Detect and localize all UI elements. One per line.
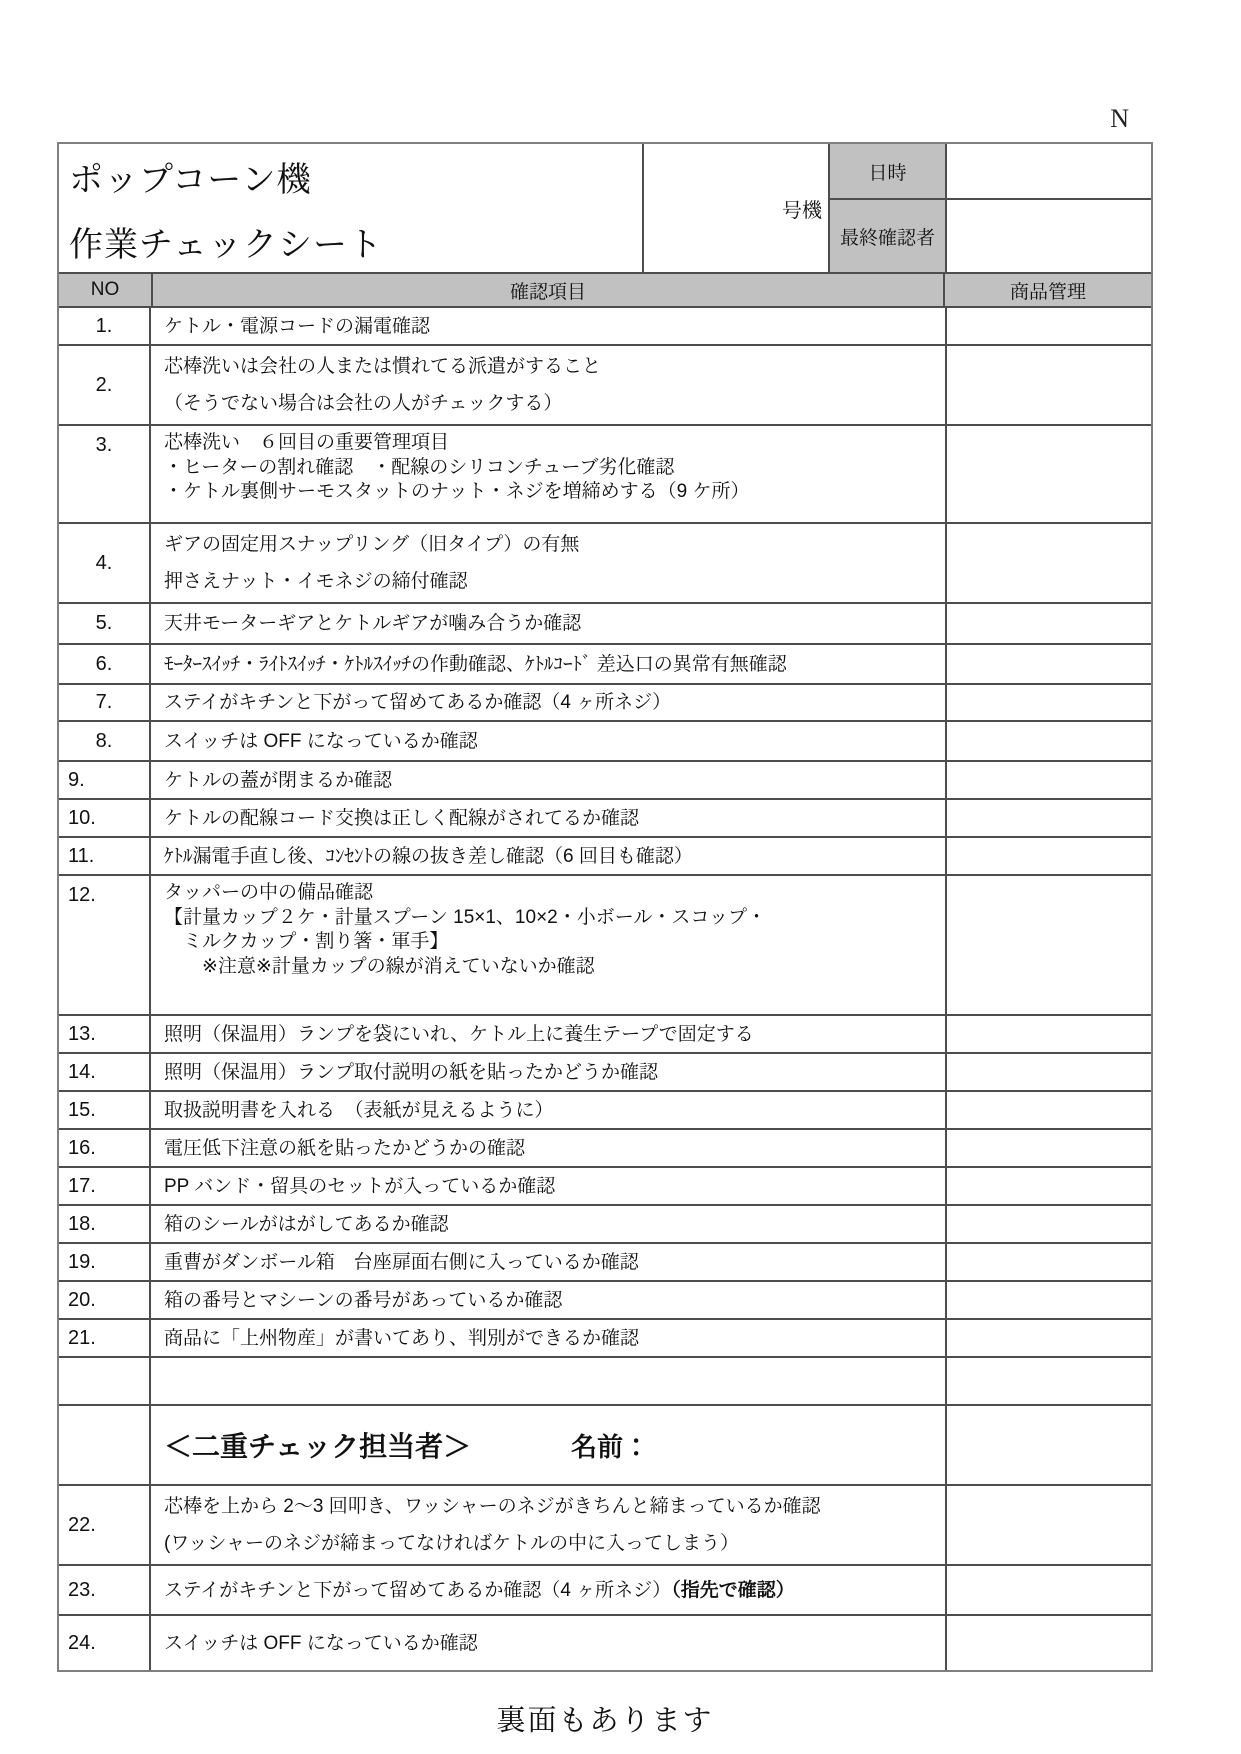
table-row: 24.スイッチは OFF になっているか確認 [59, 1616, 1151, 1670]
check-item-text: 電圧低下注意の紙を貼ったかどうかの確認 [164, 1135, 939, 1162]
check-item-text: ※注意※計量カップの線が消えていないか確認 [164, 955, 939, 980]
product-management-cell[interactable] [945, 346, 1151, 424]
column-header-management: 商品管理 [945, 274, 1151, 306]
table-row: 12.タッパーの中の備品確認【計量カップ２ケ・計量スプーン 15×1、10×2・… [59, 876, 1151, 1016]
row-number: 2. [59, 346, 151, 424]
check-item-text: 押さえナット・イモネジの締付確認 [164, 563, 939, 600]
row-number [59, 1358, 151, 1404]
table-row: 16.電圧低下注意の紙を貼ったかどうかの確認 [59, 1130, 1151, 1168]
table-row: 13.照明（保温用）ランプを袋にいれ、ケトル上に養生テープで固定する [59, 1016, 1151, 1054]
table-row: 17.PP バンド・留具のセットが入っているか確認 [59, 1168, 1151, 1206]
row-number [59, 1406, 151, 1484]
page-corner-mark: N [1110, 104, 1129, 134]
datetime-label-cell: 日時 [828, 144, 945, 200]
table-row: 2.芯棒洗いは会社の人または慣れてる派遣がすること（そうでない場合は会社の人がチ… [59, 346, 1151, 426]
table-row: 6.ﾓｰﾀｰｽｲｯﾁ・ﾗｲﾄｽｲｯﾁ・ｹﾄﾙｽｲｯﾁの作動確認、ｹﾄﾙｺｰﾄﾞ … [59, 645, 1151, 685]
product-management-cell[interactable] [945, 838, 1151, 874]
product-management-cell[interactable] [945, 1054, 1151, 1090]
row-number: 19. [59, 1244, 151, 1280]
column-header-item: 確認項目 [151, 274, 945, 306]
check-item-cell: ケトル・電源コードの漏電確認 [151, 308, 945, 344]
product-management-cell[interactable] [945, 1092, 1151, 1128]
check-item-text: ケトルの蓋が閉まるか確認 [164, 767, 939, 794]
row-number: 18. [59, 1206, 151, 1242]
check-item-text: (ワッシャーのネジが締まってなければケトルの中に入ってしまう） [164, 1525, 939, 1562]
check-sheet: ポップコーン機 作業チェックシート 号機 日時 最終確認者 NO 確認項目 商品… [57, 142, 1153, 1739]
check-item-cell: 芯棒を上から 2～3 回叩き、ワッシャーのネジがきちんと締まっているか確認(ワッ… [151, 1486, 945, 1564]
product-management-cell[interactable] [945, 1130, 1151, 1166]
final-checker-label: 最終確認者 [840, 223, 935, 250]
row-number: 10. [59, 800, 151, 836]
product-management-cell[interactable] [945, 1244, 1151, 1280]
product-management-cell[interactable] [945, 1616, 1151, 1670]
check-item-text: ミルクカップ・割り箸・軍手】 [164, 930, 939, 955]
check-item-text: 商品に「上州物産」が書いてあり、判別ができるか確認 [164, 1325, 939, 1352]
check-item-cell: 重曹がダンボール箱 台座扉面右側に入っているか確認 [151, 1244, 945, 1280]
product-management-cell[interactable] [945, 1016, 1151, 1052]
check-item-cell: ステイがキチンと下がって留めてあるか確認（4 ヶ所ネジ） [151, 685, 945, 720]
product-management-cell[interactable] [945, 1358, 1151, 1404]
check-item-cell: 商品に「上州物産」が書いてあり、判別ができるか確認 [151, 1320, 945, 1356]
check-item-text: ｹﾄﾙ漏電手直し後、ｺﾝｾﾝﾄの線の抜き差し確認（6 回目も確認） [164, 843, 939, 870]
row-number: 21. [59, 1320, 151, 1356]
datetime-label: 日時 [868, 158, 906, 185]
check-item-text: 箱の番号とマシーンの番号があっているか確認 [164, 1287, 939, 1314]
table-row: 23.ステイがキチンと下がって留めてあるか確認（4 ヶ所ネジ）（指先で確認） [59, 1566, 1151, 1616]
table-row: 3.芯棒洗い ６回目の重要管理項目・ヒーターの割れ確認 ・配線のシリコンチューブ… [59, 426, 1151, 524]
check-item-cell: ステイがキチンと下がって留めてあるか確認（4 ヶ所ネジ）（指先で確認） [151, 1566, 945, 1614]
check-item-text: ・ヒーターの割れ確認 ・配線のシリコンチューブ劣化確認 [164, 456, 939, 481]
check-item-cell [151, 1358, 945, 1404]
datetime-value-cell[interactable] [945, 144, 1151, 200]
row-number: 16. [59, 1130, 151, 1166]
product-management-cell[interactable] [945, 800, 1151, 836]
table-row: 8.スイッチは OFF になっているか確認 [59, 722, 1151, 762]
table-row: 4.ギアの固定用スナップリング（旧タイプ）の有無押さえナット・イモネジの締付確認 [59, 524, 1151, 604]
section-header-cell: ＜二重チェック担当者＞名前： [151, 1406, 945, 1484]
row-number: 14. [59, 1054, 151, 1090]
check-item-cell: ｹﾄﾙ漏電手直し後、ｺﾝｾﾝﾄの線の抜き差し確認（6 回目も確認） [151, 838, 945, 874]
column-header-no: NO [59, 274, 151, 306]
check-item-text: PP バンド・留具のセットが入っているか確認 [164, 1173, 939, 1200]
product-management-cell[interactable] [945, 722, 1151, 760]
table-row: 14.照明（保温用）ランプ取付説明の紙を貼ったかどうか確認 [59, 1054, 1151, 1092]
checklist-table: ポップコーン機 作業チェックシート 号機 日時 最終確認者 NO 確認項目 商品… [57, 142, 1153, 1672]
check-item-text: ・ケトル裏側サーモスタットのナット・ネジを増締めする（9 ケ所） [164, 480, 939, 505]
product-management-cell[interactable] [945, 308, 1151, 344]
check-item-cell: 照明（保温用）ランプを袋にいれ、ケトル上に養生テープで固定する [151, 1016, 945, 1052]
sheet-header: ポップコーン機 作業チェックシート 号機 日時 最終確認者 [59, 144, 1151, 274]
check-item-cell: 芯棒洗い ６回目の重要管理項目・ヒーターの割れ確認 ・配線のシリコンチューブ劣化… [151, 426, 945, 522]
table-row: 9.ケトルの蓋が閉まるか確認 [59, 762, 1151, 800]
product-management-cell[interactable] [945, 1206, 1151, 1242]
final-checker-label-cell: 最終確認者 [828, 200, 945, 272]
check-item-cell: 電圧低下注意の紙を貼ったかどうかの確認 [151, 1130, 945, 1166]
name-field-label[interactable]: 名前： [571, 1427, 649, 1464]
table-row: 21.商品に「上州物産」が書いてあり、判別ができるか確認 [59, 1320, 1151, 1358]
row-number: 6. [59, 645, 151, 683]
product-management-cell[interactable] [945, 1406, 1151, 1484]
check-item-text: スイッチは OFF になっているか確認 [164, 1630, 939, 1657]
row-number: 24. [59, 1616, 151, 1670]
check-item-text: タッパーの中の備品確認 [164, 881, 939, 906]
row-number: 3. [59, 426, 151, 522]
table-row: 1.ケトル・電源コードの漏電確認 [59, 308, 1151, 346]
machine-no-cell[interactable]: 号機 [642, 144, 828, 272]
check-item-text: 照明（保温用）ランプ取付説明の紙を貼ったかどうか確認 [164, 1059, 939, 1086]
checklist-body: 1.ケトル・電源コードの漏電確認2.芯棒洗いは会社の人または慣れてる派遣がするこ… [59, 308, 1151, 1670]
check-item-text: 取扱説明書を入れる （表紙が見えるように） [164, 1097, 939, 1124]
table-row: 18.箱のシールがはがしてあるか確認 [59, 1206, 1151, 1244]
product-management-cell[interactable] [945, 604, 1151, 643]
check-item-text: 芯棒洗いは会社の人または慣れてる派遣がすること [164, 348, 939, 385]
row-number: 15. [59, 1092, 151, 1128]
check-item-cell: ケトルの蓋が閉まるか確認 [151, 762, 945, 798]
check-item-cell: 天井モーターギアとケトルギアが噛み合うか確認 [151, 604, 945, 643]
table-row: 22.芯棒を上から 2～3 回叩き、ワッシャーのネジがきちんと締まっているか確認… [59, 1486, 1151, 1566]
table-row: 7.ステイがキチンと下がって留めてあるか確認（4 ヶ所ネジ） [59, 685, 1151, 722]
table-row: 19.重曹がダンボール箱 台座扉面右側に入っているか確認 [59, 1244, 1151, 1282]
column-header-row: NO 確認項目 商品管理 [59, 274, 1151, 308]
check-item-cell: 芯棒洗いは会社の人または慣れてる派遣がすること（そうでない場合は会社の人がチェッ… [151, 346, 945, 424]
product-management-cell[interactable] [945, 426, 1151, 522]
check-item-cell: 箱の番号とマシーンの番号があっているか確認 [151, 1282, 945, 1318]
row-number: 9. [59, 762, 151, 798]
table-row: 10.ケトルの配線コード交換は正しく配線がされてるか確認 [59, 800, 1151, 838]
check-item-cell: ケトルの配線コード交換は正しく配線がされてるか確認 [151, 800, 945, 836]
check-item-cell: ﾓｰﾀｰｽｲｯﾁ・ﾗｲﾄｽｲｯﾁ・ｹﾄﾙｽｲｯﾁの作動確認、ｹﾄﾙｺｰﾄﾞ 差込… [151, 645, 945, 683]
row-number: 17. [59, 1168, 151, 1204]
row-number: 11. [59, 838, 151, 874]
check-item-cell: 取扱説明書を入れる （表紙が見えるように） [151, 1092, 945, 1128]
check-item-text: 重曹がダンボール箱 台座扉面右側に入っているか確認 [164, 1249, 939, 1276]
check-item-text: 箱のシールがはがしてあるか確認 [164, 1211, 939, 1238]
check-item-text: ケトルの配線コード交換は正しく配線がされてるか確認 [164, 805, 939, 832]
check-item-text: ケトル・電源コードの漏電確認 [164, 313, 939, 340]
check-item-cell: PP バンド・留具のセットが入っているか確認 [151, 1168, 945, 1204]
table-row: 5.天井モーターギアとケトルギアが噛み合うか確認 [59, 604, 1151, 645]
empty-row [59, 1358, 1151, 1406]
check-item-cell: 照明（保温用）ランプ取付説明の紙を貼ったかどうか確認 [151, 1054, 945, 1090]
check-item-text: ﾓｰﾀｰｽｲｯﾁ・ﾗｲﾄｽｲｯﾁ・ｹﾄﾙｽｲｯﾁの作動確認、ｹﾄﾙｺｰﾄﾞ 差込… [164, 651, 939, 678]
machine-no-label: 号機 [782, 194, 822, 223]
check-item-cell: スイッチは OFF になっているか確認 [151, 1616, 945, 1670]
row-number: 4. [59, 524, 151, 602]
product-management-cell[interactable] [945, 1282, 1151, 1318]
check-item-text: 天井モーターギアとケトルギアが噛み合うか確認 [164, 610, 939, 637]
check-item-cell: タッパーの中の備品確認【計量カップ２ケ・計量スプーン 15×1、10×2・小ボー… [151, 876, 945, 1014]
check-item-cell: スイッチは OFF になっているか確認 [151, 722, 945, 760]
check-item-bold-note: （指先で確認） [671, 1580, 795, 1601]
check-item-text: 【計量カップ２ケ・計量スプーン 15×1、10×2・小ボール・スコップ・ [164, 906, 939, 931]
row-number: 12. [59, 876, 151, 1014]
check-item-text: 芯棒洗い ６回目の重要管理項目 [164, 431, 939, 456]
check-item-cell: ギアの固定用スナップリング（旧タイプ）の有無押さえナット・イモネジの締付確認 [151, 524, 945, 602]
row-number: 22. [59, 1486, 151, 1564]
product-management-cell[interactable] [945, 524, 1151, 602]
row-number: 20. [59, 1282, 151, 1318]
row-number: 8. [59, 722, 151, 760]
sheet-title-line2: 作業チェックシート [69, 217, 638, 266]
sheet-title-line1: ポップコーン機 [69, 152, 638, 201]
check-item-text: スイッチは OFF になっているか確認 [164, 728, 939, 755]
footer-note: 裏面もあります [57, 1698, 1153, 1739]
check-item-text: ステイがキチンと下がって留めてあるか確認（4 ヶ所ネジ）（指先で確認） [164, 1577, 939, 1604]
product-management-cell[interactable] [945, 762, 1151, 798]
row-number: 23. [59, 1566, 151, 1614]
table-row: 15.取扱説明書を入れる （表紙が見えるように） [59, 1092, 1151, 1130]
product-management-cell[interactable] [945, 1486, 1151, 1564]
row-number: 7. [59, 685, 151, 720]
final-checker-value-cell[interactable] [945, 200, 1151, 272]
table-row: 11.ｹﾄﾙ漏電手直し後、ｺﾝｾﾝﾄの線の抜き差し確認（6 回目も確認） [59, 838, 1151, 876]
row-number: 1. [59, 308, 151, 344]
sheet-title: ポップコーン機 作業チェックシート [59, 144, 642, 272]
product-management-cell[interactable] [945, 1566, 1151, 1614]
product-management-cell[interactable] [945, 1320, 1151, 1356]
row-number: 5. [59, 604, 151, 643]
double-check-section-title: ＜二重チェック担当者＞ [164, 1425, 471, 1465]
check-item-text: 芯棒を上から 2～3 回叩き、ワッシャーのネジがきちんと締まっているか確認 [164, 1488, 939, 1525]
check-item-text: （そうでない場合は会社の人がチェックする） [164, 385, 939, 422]
check-item-text: ステイがキチンと下がって留めてあるか確認（4 ヶ所ネジ） [164, 689, 939, 716]
product-management-cell[interactable] [945, 876, 1151, 1014]
check-item-text: 照明（保温用）ランプを袋にいれ、ケトル上に養生テープで固定する [164, 1021, 939, 1048]
product-management-cell[interactable] [945, 645, 1151, 683]
table-row: 20.箱の番号とマシーンの番号があっているか確認 [59, 1282, 1151, 1320]
section-header-row: ＜二重チェック担当者＞名前： [59, 1406, 1151, 1486]
check-item-text: ギアの固定用スナップリング（旧タイプ）の有無 [164, 526, 939, 563]
check-item-cell: 箱のシールがはがしてあるか確認 [151, 1206, 945, 1242]
product-management-cell[interactable] [945, 685, 1151, 720]
product-management-cell[interactable] [945, 1168, 1151, 1204]
row-number: 13. [59, 1016, 151, 1052]
